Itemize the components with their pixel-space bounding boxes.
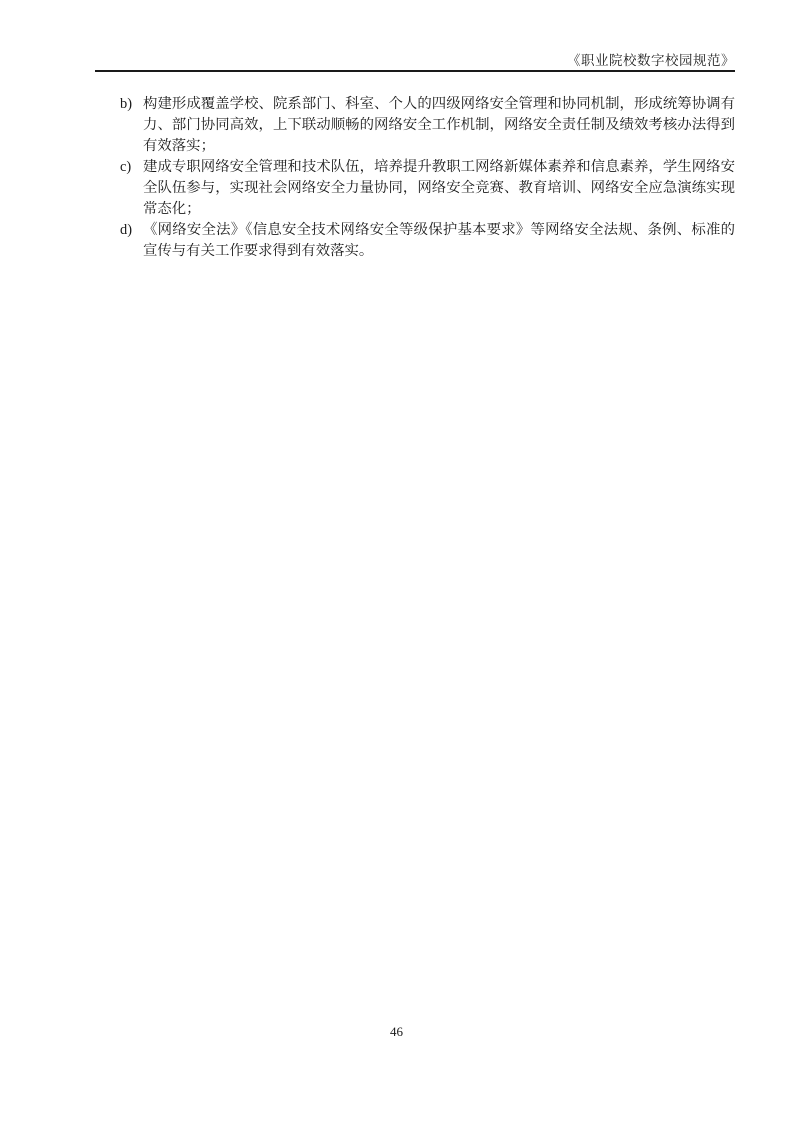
list-item-d: d) 《网络安全法》《信息安全技术网络安全等级保护基本要求》等网络安全法规、条例… [95, 220, 735, 262]
page-footer: 46 [0, 1024, 793, 1040]
page-number: 46 [390, 1024, 403, 1039]
document-body: b) 构建形成覆盖学校、院系部门、科室、个人的四级网络安全管理和协同机制，形成统… [95, 94, 735, 262]
list-item-b-text: 构建形成覆盖学校、院系部门、科室、个人的四级网络安全管理和协同机制，形成统筹协调… [143, 96, 735, 154]
list-item-c-text: 建成专职网络安全管理和技术队伍，培养提升教职工网络新媒体素养和信息素养，学生网络… [143, 159, 735, 217]
list-item-b: b) 构建形成覆盖学校、院系部门、科室、个人的四级网络安全管理和协同机制，形成统… [95, 94, 735, 157]
running-header-title: 《职业院校数字校园规范》 [567, 53, 735, 68]
list-item-d-label: d) [120, 220, 132, 241]
header-rule [95, 70, 735, 72]
list-item-b-label: b) [120, 94, 132, 115]
list-item-c: c) 建成专职网络安全管理和技术队伍，培养提升教职工网络新媒体素养和信息素养，学… [95, 157, 735, 220]
list-item-d-text: 《网络安全法》《信息安全技术网络安全等级保护基本要求》等网络安全法规、条例、标准… [143, 222, 735, 259]
document-page: 《职业院校数字校园规范》 b) 构建形成覆盖学校、院系部门、科室、个人的四级网络… [0, 0, 793, 1122]
page-header: 《职业院校数字校园规范》 [95, 52, 735, 69]
list-item-c-label: c) [120, 157, 131, 178]
